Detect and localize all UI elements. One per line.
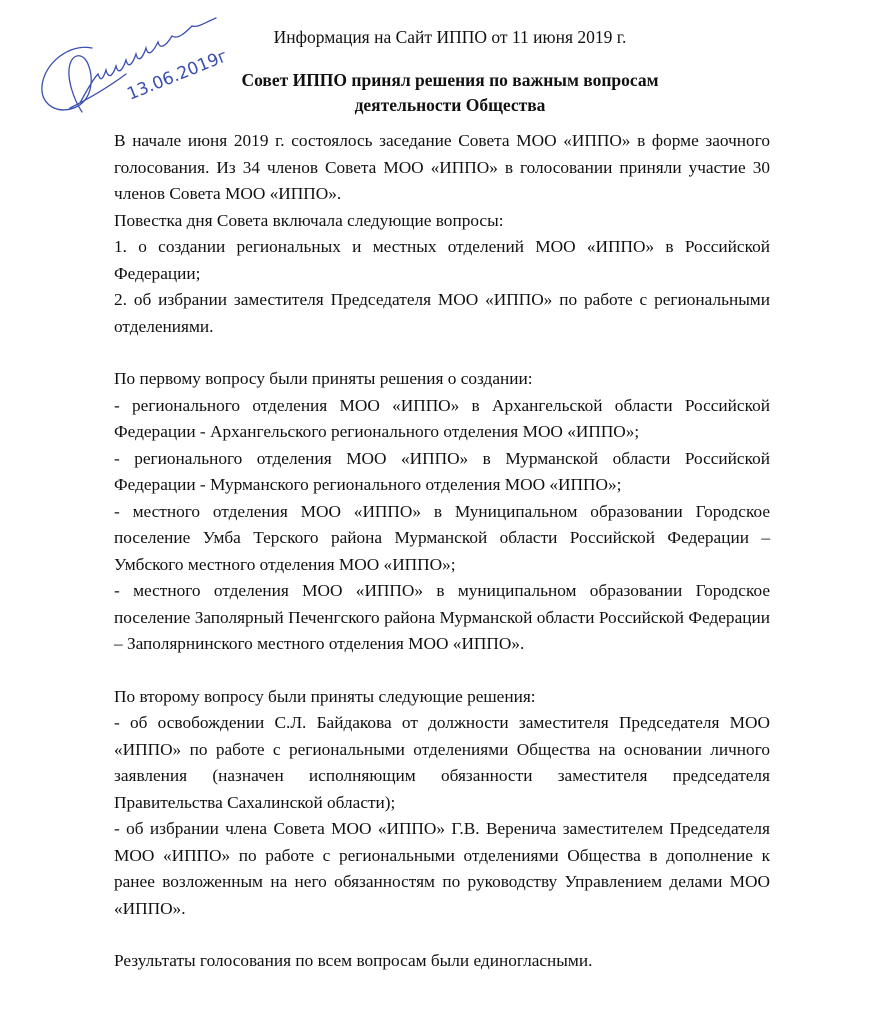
document-title: Совет ИППО принял решения по важным вопр… <box>0 68 870 118</box>
first-question-item: - регионального отделения МОО «ИППО» в М… <box>114 446 770 499</box>
second-question-intro: По второму вопросу были приняты следующи… <box>114 684 770 711</box>
first-question-item: - местного отделения МОО «ИППО» в муници… <box>114 578 770 658</box>
agenda-item: 2. об избрании заместителя Председателя … <box>114 287 770 340</box>
spacer <box>114 922 770 948</box>
first-question-item: - местного отделения МОО «ИППО» в Муници… <box>114 499 770 579</box>
spacer <box>114 340 770 366</box>
conclusion-paragraph: Результаты голосования по всем вопросам … <box>114 948 770 975</box>
first-question-item: - регионального отделения МОО «ИППО» в А… <box>114 393 770 446</box>
info-line: Информация на Сайт ИППО от 11 июня 2019 … <box>0 27 870 48</box>
intro-paragraph: В начале июня 2019 г. состоялось заседан… <box>114 128 770 208</box>
document-body: В начале июня 2019 г. состоялось заседан… <box>114 128 770 975</box>
first-question-intro: По первому вопросу были приняты решения … <box>114 366 770 393</box>
agenda-item: 1. о создании региональных и местных отд… <box>114 234 770 287</box>
second-question-item: - об освобождении С.Л. Байдакова от долж… <box>114 710 770 816</box>
second-question-item: - об избрании члена Совета МОО «ИППО» Г.… <box>114 816 770 922</box>
agenda-intro: Повестка дня Совета включала следующие в… <box>114 208 770 235</box>
spacer <box>114 658 770 684</box>
title-line-2: деятельности Общества <box>30 93 870 118</box>
title-line-1: Совет ИППО принял решения по важным вопр… <box>30 68 870 93</box>
